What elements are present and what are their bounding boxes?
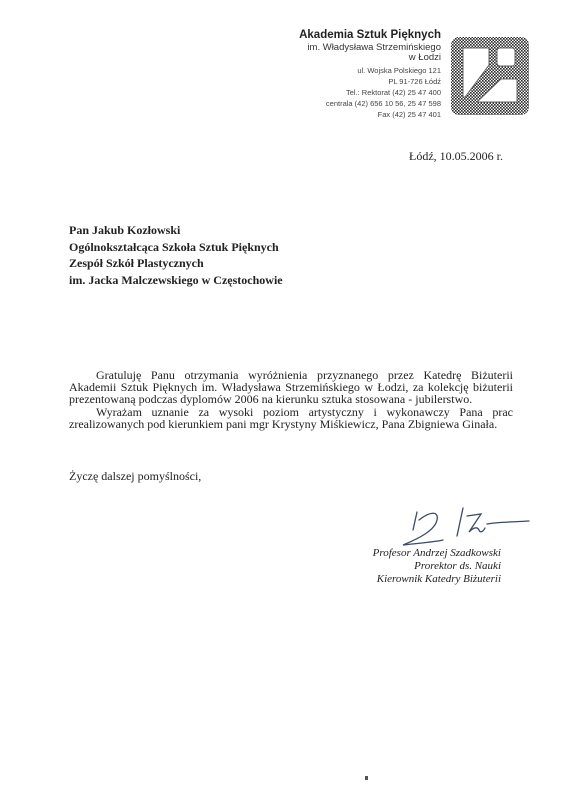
academy-logo-icon — [449, 35, 531, 117]
institution-city: w Łodzi — [299, 53, 441, 63]
recipient-name: Pan Jakub Kozłowski — [69, 222, 283, 239]
recipient-school: Ogólnokształcąca Szkoła Sztuk Pięknych — [69, 239, 283, 256]
recipient-patron: im. Jacka Malczewskiego w Częstochowie — [69, 272, 283, 289]
scan-speck — [365, 776, 368, 780]
signatory-name: Profesor Andrzej Szadkowski — [373, 547, 501, 560]
recipient-complex: Zespół Szkół Plastycznych — [69, 255, 283, 272]
address-street: ul. Wojska Polskiego 121 — [299, 67, 441, 75]
body-paragraph: Wyrażam uznanie za wysoki poziom artysty… — [69, 406, 513, 430]
fax: Fax (42) 25 47 401 — [299, 111, 441, 119]
phone-central: centrala (42) 656 10 56, 25 47 598 — [299, 100, 441, 108]
signatory-department: Kierownik Katedry Biżuterii — [373, 573, 501, 586]
handwritten-signature-icon — [395, 500, 535, 550]
signatory-title: Prorektor ds. Nauki — [373, 560, 501, 573]
recipient-block: Pan Jakub Kozłowski Ogólnokształcąca Szk… — [69, 222, 283, 288]
closing-line: Życzę dalszej pomyślności, — [69, 469, 201, 484]
phone-rector: Tel.: Rektorat (42) 25 47 400 — [299, 89, 441, 97]
body-paragraph: Gratuluję Panu otrzymania wyróżnienia pr… — [69, 369, 513, 406]
address-postal: PL 91-726 Łódź — [299, 78, 441, 86]
letter-body: Gratuluję Panu otrzymania wyróżnienia pr… — [69, 369, 513, 430]
letter-date: Łódź, 10.05.2006 r. — [409, 149, 503, 164]
institution-name: Akademia Sztuk Pięknych — [299, 30, 441, 42]
letterhead: Akademia Sztuk Pięknych im. Władysława S… — [299, 30, 441, 122]
institution-patron: im. Władysława Strzemińskiego — [299, 43, 441, 53]
signature-block: Profesor Andrzej Szadkowski Prorektor ds… — [373, 547, 501, 586]
